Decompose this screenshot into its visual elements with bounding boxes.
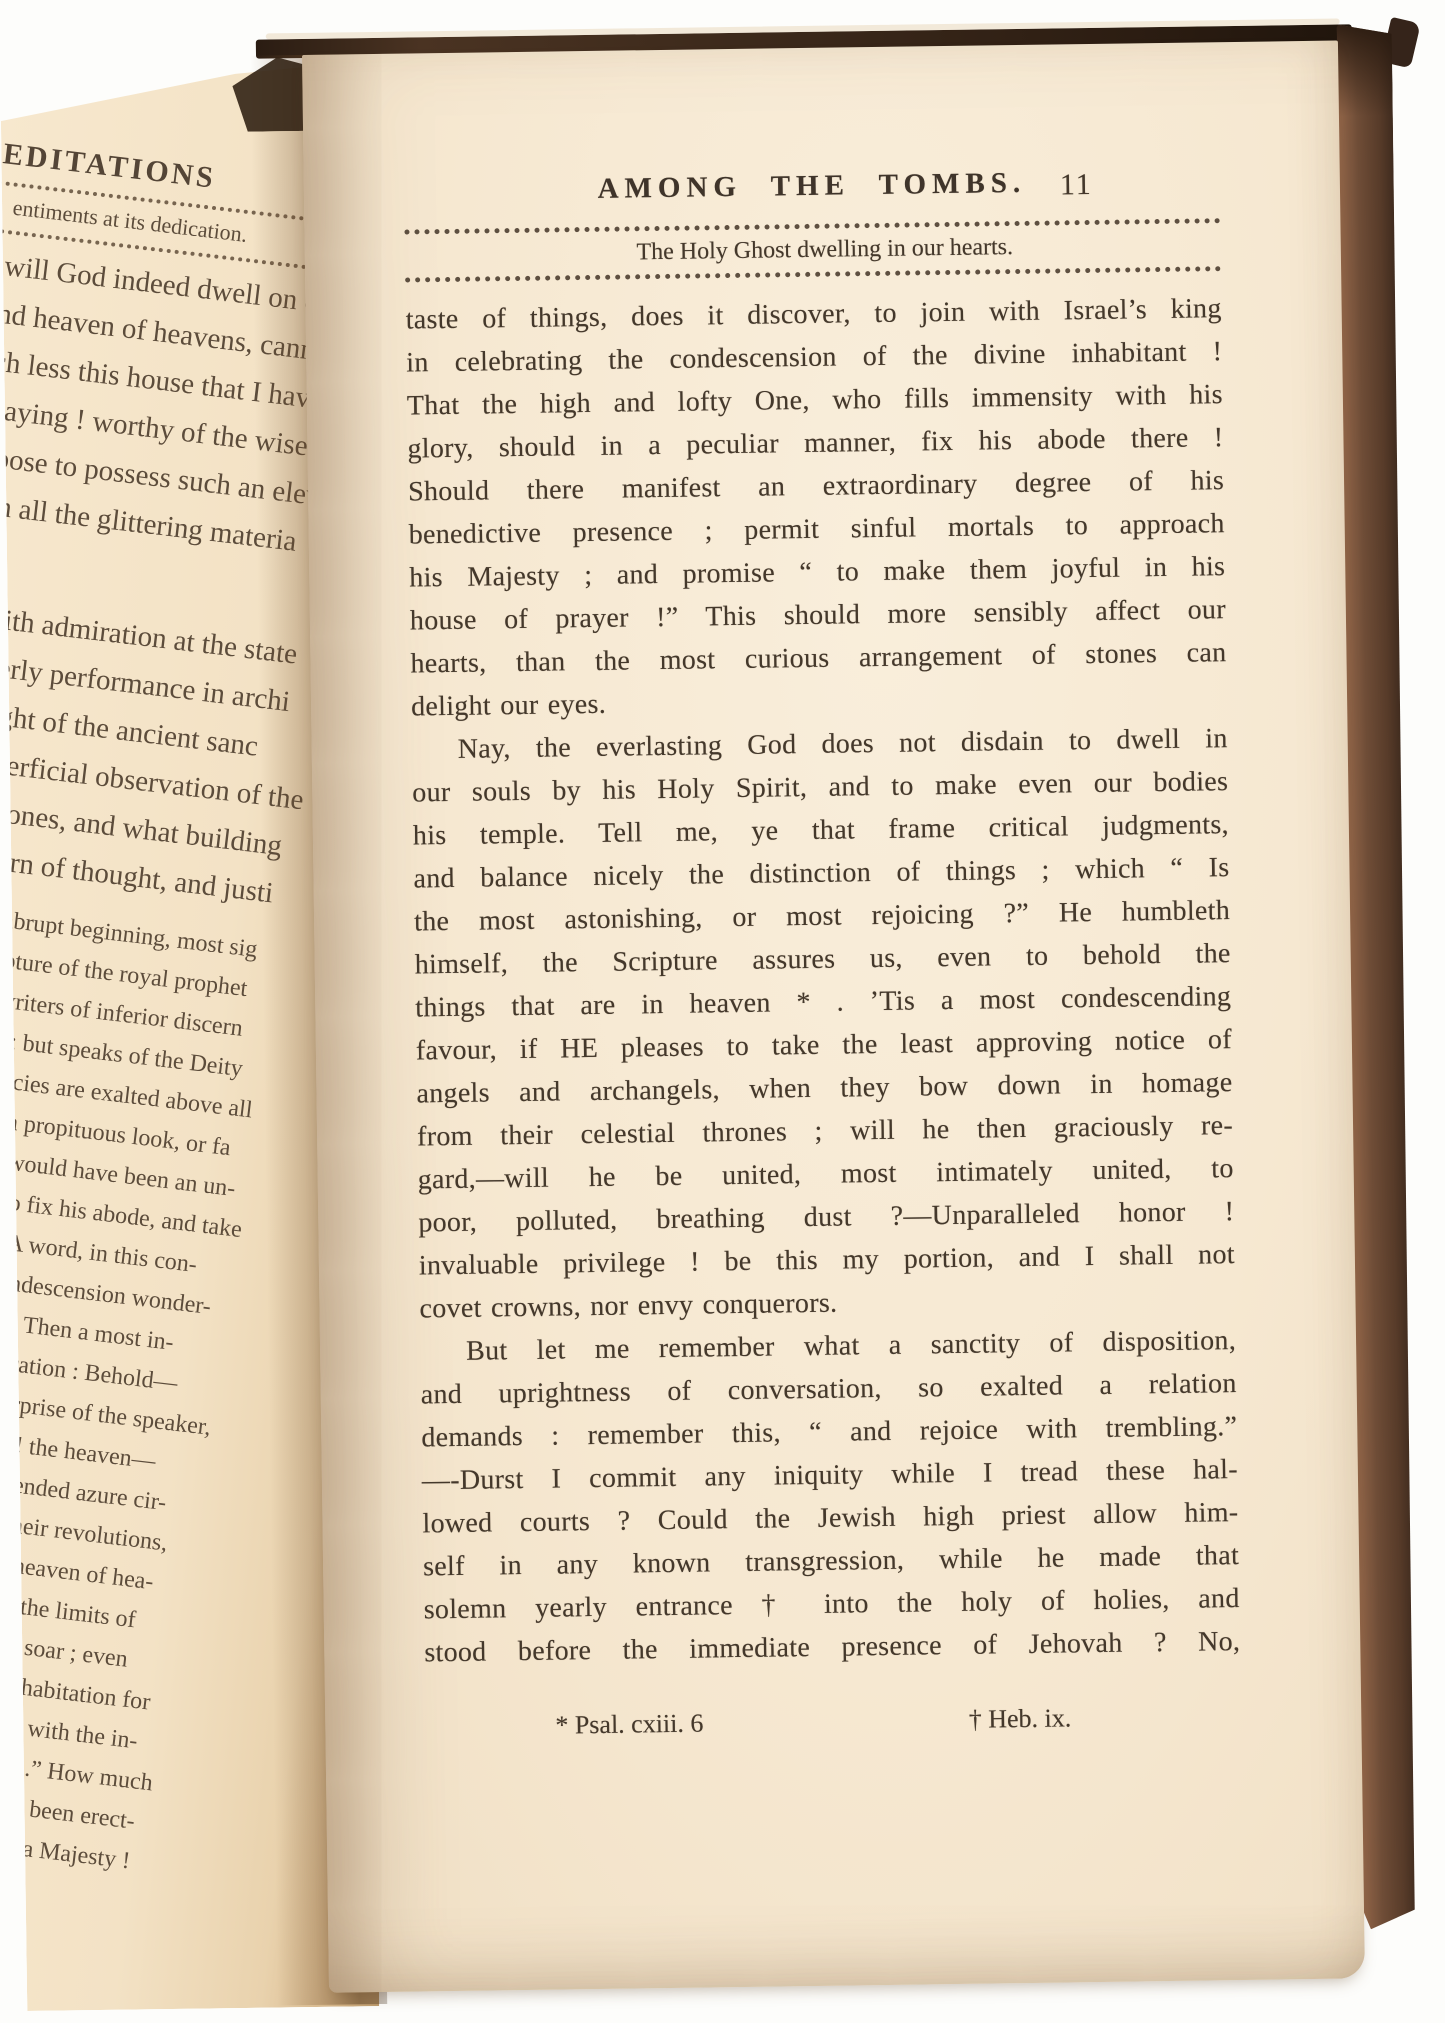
running-head: AMONG THE TOMBS.: [404, 164, 1220, 208]
page-number: 11: [1060, 168, 1093, 202]
right-page-text: AMONG THE TOMBS. 11 The Holy Ghost dwell…: [404, 164, 1242, 1742]
open-book: EDITATIONS entiments at its dedication. …: [0, 39, 1445, 2009]
footnote-row: * Psal. cxiii. 6 † Heb. ix.: [555, 1703, 1071, 1740]
section-title: The Holy Ghost dwelling in our hearts.: [429, 231, 1221, 269]
right-page: AMONG THE TOMBS. 11 The Holy Ghost dwell…: [302, 41, 1365, 1993]
footnote-left: * Psal. cxiii. 6: [555, 1709, 703, 1741]
header-row: AMONG THE TOMBS. 11: [404, 164, 1221, 221]
book-photo: EDITATIONS entiments at its dedication. …: [0, 0, 1445, 2023]
dotted-rule: [405, 266, 1221, 282]
body-text: taste of things, does it discover, to jo…: [405, 287, 1240, 1674]
footnote-right: † Heb. ix.: [969, 1703, 1072, 1734]
